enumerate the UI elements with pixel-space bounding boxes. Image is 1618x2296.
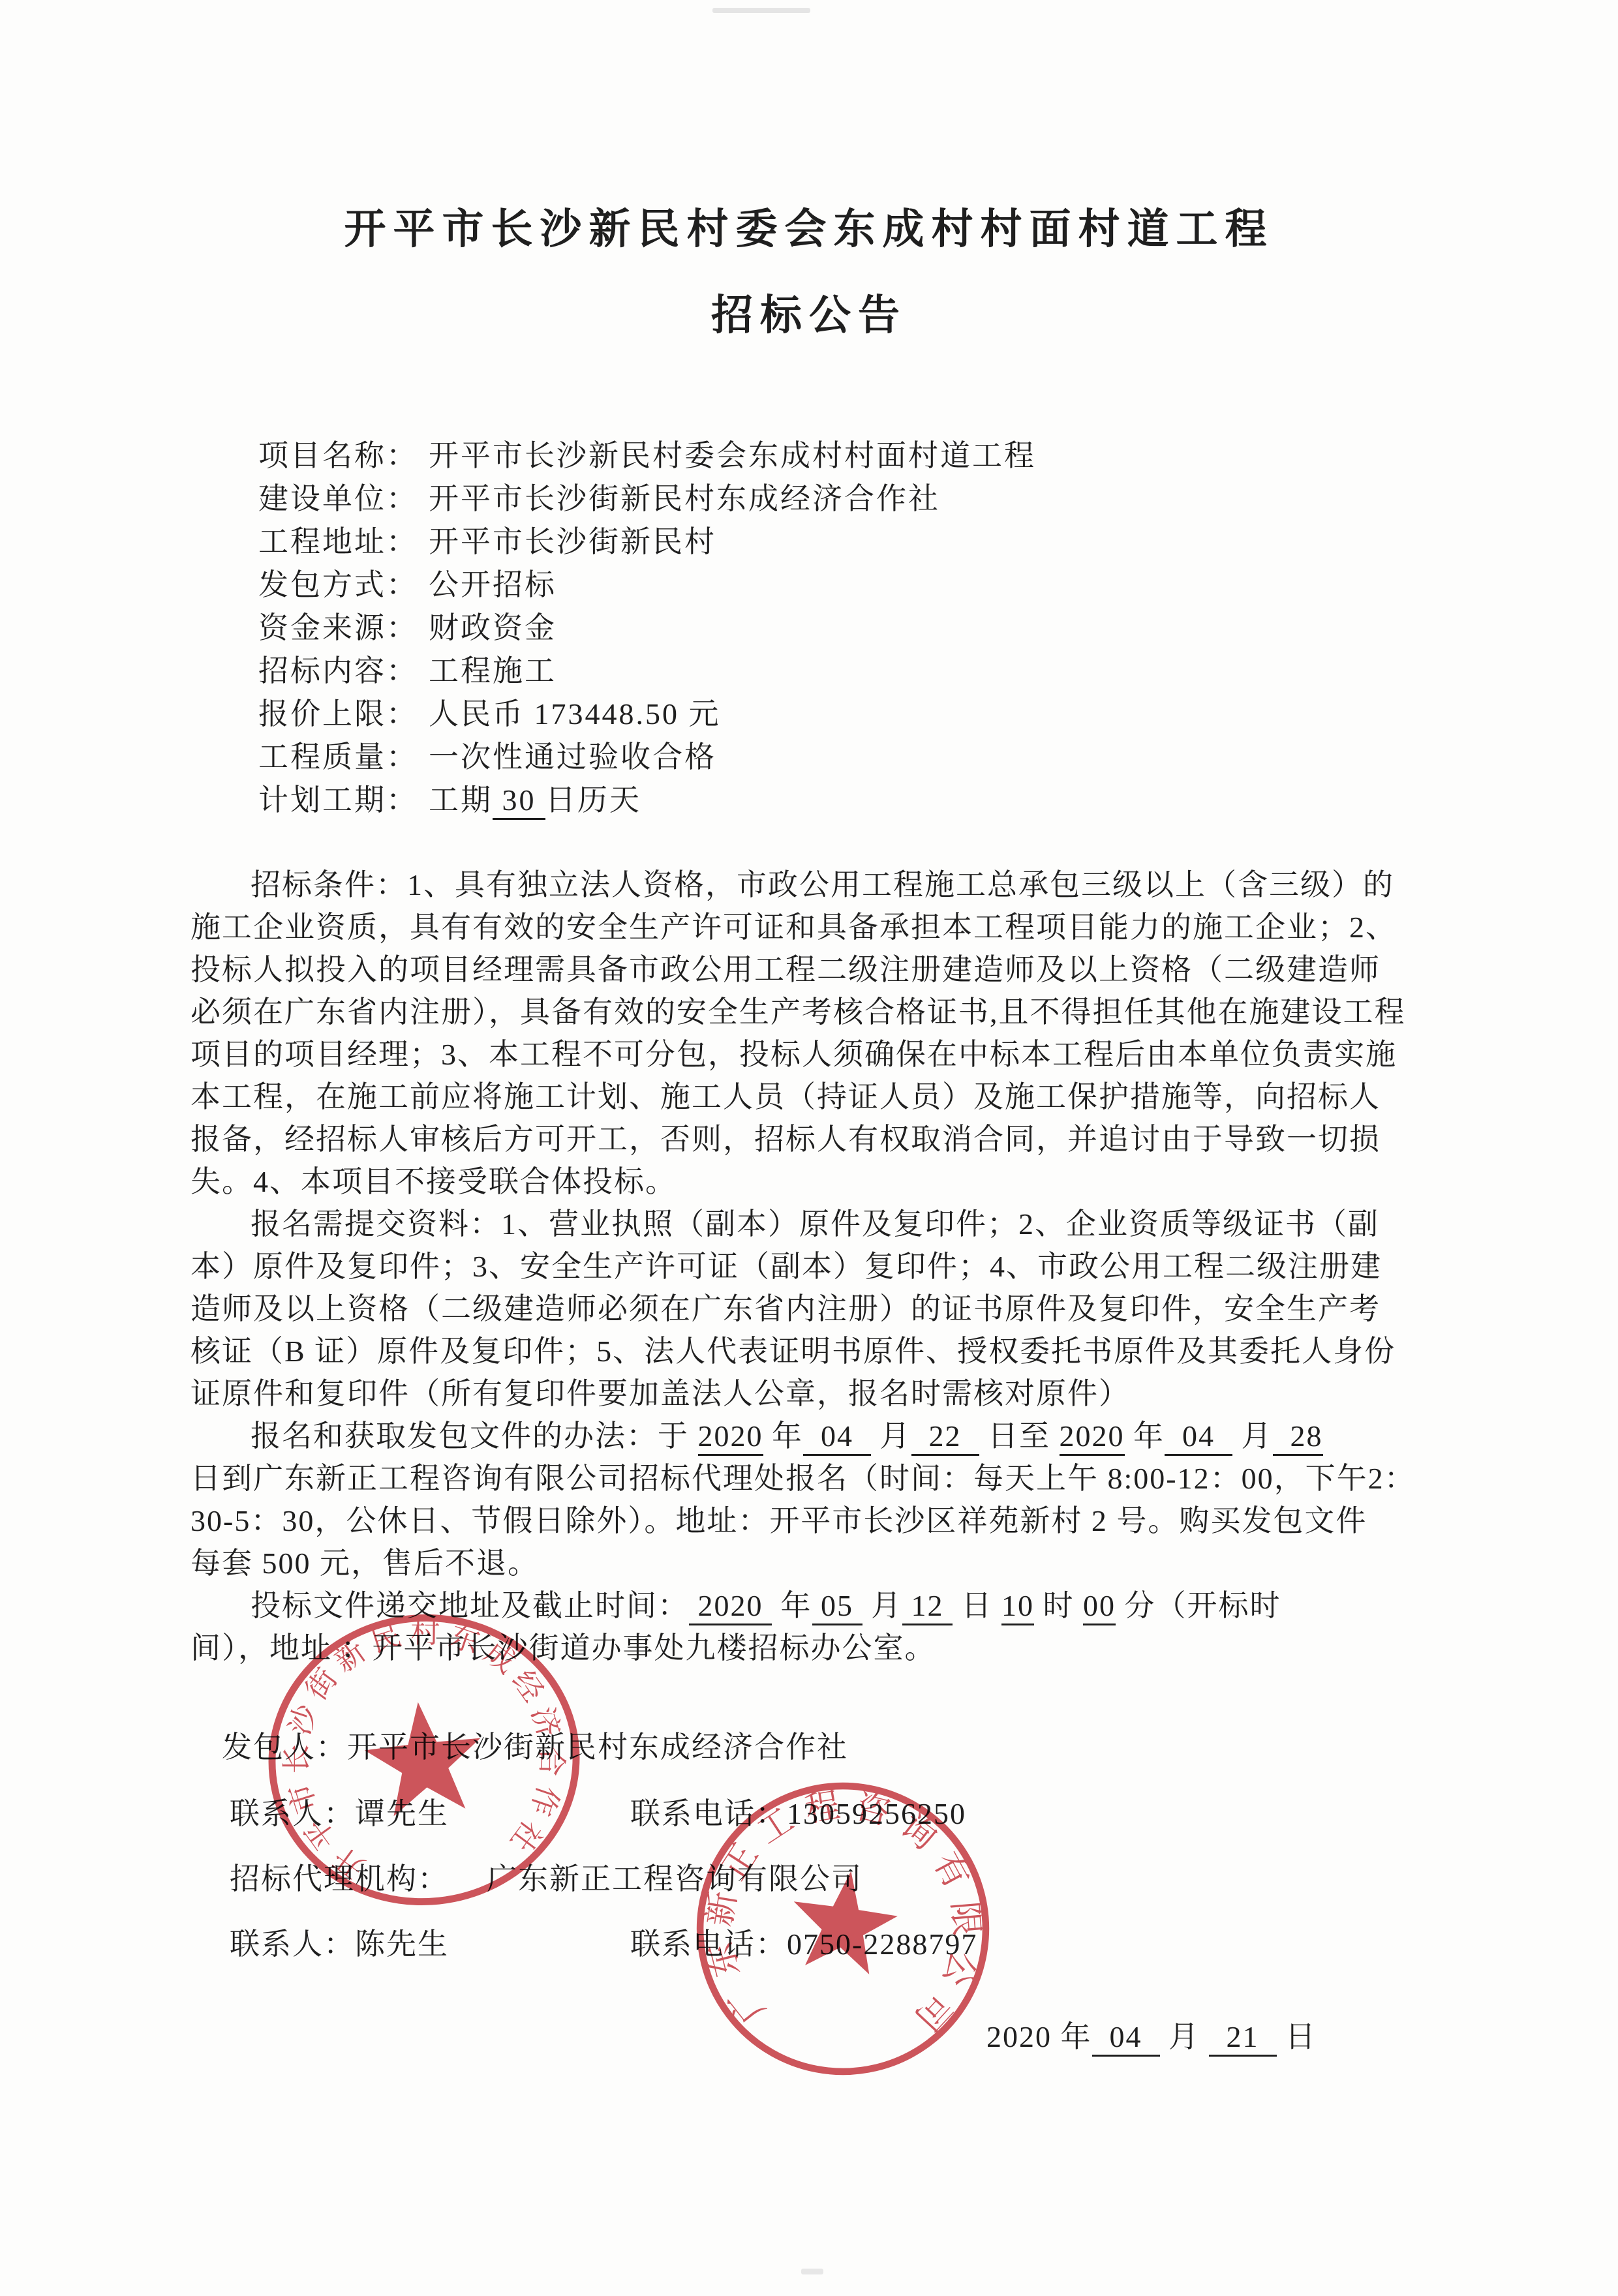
underlined-value: 2020 [689, 1589, 772, 1625]
field-label: 报价上限： [258, 697, 418, 731]
body-text-line: 造师及以上资格（二级建造师必须在广东省内注册）的证书原件及复印件，安全生产考 [191, 1288, 1469, 1330]
body-text-line: 30-5：30，公休日、节假日除外）。地址：开平市长沙区祥苑新村 2 号。购买发… [191, 1500, 1469, 1542]
issue-date-line: 2020 年 04 月 21 日 [986, 2013, 1317, 2056]
text-segment: 报名和获取发包文件的办法：于 [251, 1419, 698, 1453]
text-segment: 日到广东新正工程咨询有限公司招标代理处报名（时间：每天上午 8:00-12：00… [191, 1462, 1416, 1495]
document-page: 开平市长沙新民村委会东成村村面村道工程 招标公告 项目名称：开平市长沙新民村委会… [0, 0, 1618, 2296]
text-segment: 本）原件及复印件；3、安全生产许可证（副本）复印件；4、市政公用工程二级注册建 [191, 1250, 1382, 1283]
project-info-line: 工程质量：一次性通过验收合格 [258, 736, 1036, 779]
body-text-line: 招标条件：1、具有独立法人资格，市政公用工程施工总承包三级以上（含三级）的 [191, 864, 1469, 906]
text-segment: 本工程，在施工前应将施工计划、施工人员（持证人员）及施工保护措施等，向招标人 [191, 1080, 1381, 1113]
text-segment: 工程施工 [429, 654, 557, 687]
project-info-line: 计划工期：工期 30 日历天 [258, 779, 1036, 822]
text-segment: 月 [862, 1589, 903, 1622]
text-segment: 一次性通过验收合格 [429, 740, 716, 774]
text-segment: 公开招标 [429, 568, 557, 601]
underlined-value: 12 [902, 1589, 953, 1625]
field-value: 开平市长沙新民村委会东成村村面村道工程 [429, 439, 1036, 472]
field-label: 项目名称： [258, 439, 418, 472]
text-segment: 日 [953, 1589, 1001, 1622]
text-segment: 年 [772, 1589, 812, 1622]
scan-artifact-top [712, 8, 810, 13]
body-text-line: 本）原件及复印件；3、安全生产许可证（副本）复印件；4、市政公用工程二级注册建 [191, 1245, 1469, 1288]
text-segment: 财政资金 [429, 611, 557, 644]
underlined-value: 00 [1083, 1589, 1116, 1625]
field-label: 计划工期： [258, 783, 418, 817]
body-text-line: 日到广东新正工程咨询有限公司招标代理处报名（时间：每天上午 8:00-12：00… [191, 1457, 1469, 1500]
text-segment: 月 [1160, 2020, 1209, 2053]
text-segment: 必须在广东省内注册），具备有效的安全生产考核合格证书,且不得担任其他在施建设工程 [191, 995, 1406, 1029]
text-segment: 开平市长沙街新民村东成经济合作社 [429, 482, 940, 515]
star-icon [360, 1696, 487, 1819]
body-text-line: 项目的项目经理；3、本工程不可分包，投标人须确保在中标本工程后由本单位负责实施 [191, 1033, 1469, 1076]
text-segment: 日 [1277, 2020, 1317, 2053]
body-text-line: 失。4、本项目不接受联合体投标。 [191, 1160, 1469, 1203]
text-segment: 施工企业资质，具有有效的安全生产许可证和具备承担本工程项目能力的施工企业；2、 [191, 911, 1397, 944]
scan-artifact-bottom [801, 2269, 823, 2274]
text-segment: 日至 [979, 1419, 1060, 1453]
body-paragraphs: 招标条件：1、具有独立法人资格，市政公用工程施工总承包三级以上（含三级）的施工企… [191, 864, 1469, 1669]
text-segment: 人民币 173448.50 元 [429, 697, 721, 731]
field-label: 建设单位： [258, 482, 418, 515]
issuer-seal-stamp: 开平市长沙街新民村东成经济合作社 [263, 1608, 585, 1912]
body-text-line: 报备，经招标人审核后方可开工，否则，招标人有权取消合同，并追讨由于导致一切损 [191, 1118, 1469, 1160]
text-segment: 报备，经招标人审核后方可开工，否则，招标人有权取消合同，并追讨由于导致一切损 [191, 1123, 1381, 1156]
field-label: 工程质量： [258, 740, 418, 774]
text-segment: 分（开标时 [1116, 1589, 1281, 1622]
contact2-label: 联系人： [230, 1927, 355, 1961]
underlined-value: 30 [493, 783, 545, 820]
project-info-line: 工程地址：开平市长沙街新民村 [258, 521, 1036, 564]
underlined-value: 04 [803, 1419, 871, 1456]
body-text-line: 核证（B 证）原件及复印件；5、法人代表证明书原件、授权委托书原件及其委托人身份 [191, 1330, 1469, 1372]
field-value: 开平市长沙街新民村 [429, 525, 716, 558]
text-segment: 证原件和复印件（所有复印件要加盖法人公章，报名时需核对原件） [191, 1377, 1130, 1410]
contact2-value: 陈先生 [355, 1927, 449, 1961]
project-info-line: 发包方式：公开招标 [258, 564, 1036, 607]
project-info-line: 项目名称：开平市长沙新民村委会东成村村面村道工程 [258, 434, 1036, 477]
field-value: 工期 30 日历天 [429, 783, 641, 820]
body-text-line: 每套 500 元，售后不退。 [191, 1542, 1469, 1584]
star-icon [786, 1864, 903, 1977]
text-segment: 项目的项目经理；3、本工程不可分包，投标人须确保在中标本工程后由本单位负责实施 [191, 1038, 1397, 1071]
underlined-value: 2020 [1060, 1419, 1125, 1456]
text-segment: 30-5：30，公休日、节假日除外）。地址：开平市长沙区祥苑新村 2 号。购买发… [191, 1504, 1367, 1537]
field-value: 工程施工 [429, 654, 557, 687]
body-text-line: 施工企业资质，具有有效的安全生产许可证和具备承担本工程项目能力的施工企业；2、 [191, 906, 1469, 948]
project-info-list: 项目名称：开平市长沙新民村委会东成村村面村道工程建设单位：开平市长沙街新民村东成… [258, 434, 1036, 822]
body-text-line: 本工程，在施工前应将施工计划、施工人员（持证人员）及施工保护措施等，向招标人 [191, 1076, 1469, 1118]
body-text-line: 投标人拟投入的项目经理需具备市政公用工程二级注册建造师及以上资格（二级建造师 [191, 948, 1469, 991]
underlined-value: 05 [812, 1589, 862, 1625]
field-label: 资金来源： [258, 611, 418, 644]
body-text-line: 报名需提交资料：1、营业执照（副本）原件及复印件；2、企业资质等级证书（副 [191, 1203, 1469, 1245]
text-segment: 时 [1034, 1589, 1083, 1622]
text-segment: 招标条件：1、具有独立法人资格，市政公用工程施工总承包三级以上（含三级）的 [251, 868, 1394, 901]
text-segment: 造师及以上资格（二级建造师必须在广东省内注册）的证书原件及复印件，安全生产考 [191, 1292, 1381, 1325]
underlined-value: 21 [1209, 2020, 1277, 2057]
document-title-line1: 开平市长沙新民村委会东成村村面村道工程 [0, 196, 1618, 256]
field-value: 公开招标 [429, 568, 557, 601]
project-info-line: 招标内容：工程施工 [258, 650, 1036, 693]
text-segment: 核证（B 证）原件及复印件；5、法人代表证明书原件、授权委托书原件及其委托人身份 [191, 1335, 1396, 1368]
agency-seal-stamp: 广东新正工程咨询有限公司 [686, 1778, 1000, 2079]
text-segment: 年 [1125, 1419, 1165, 1453]
text-segment: 每套 500 元，售后不退。 [191, 1547, 539, 1580]
field-label: 工程地址： [258, 525, 418, 558]
contact2-line: 联系人：陈先生 [230, 1920, 449, 1963]
body-text-line: 报名和获取发包文件的办法：于 2020 年 04 月 22 日至 2020 年 … [191, 1415, 1469, 1457]
body-text-line: 必须在广东省内注册），具备有效的安全生产考核合格证书,且不得担任其他在施建设工程 [191, 991, 1469, 1033]
field-value: 人民币 173448.50 元 [429, 697, 721, 731]
text-segment: 工期 [429, 783, 493, 817]
text-segment: 失。4、本项目不接受联合体投标。 [191, 1165, 677, 1198]
underlined-value: 2020 [698, 1419, 763, 1456]
text-segment: 2020 年 [986, 2020, 1092, 2053]
project-info-line: 报价上限：人民币 173448.50 元 [258, 693, 1036, 736]
text-segment: 日历天 [545, 783, 641, 817]
body-text-line: 证原件和复印件（所有复印件要加盖法人公章，报名时需核对原件） [191, 1372, 1469, 1415]
text-segment: 投标人拟投入的项目经理需具备市政公用工程二级注册建造师及以上资格（二级建造师 [191, 953, 1381, 986]
text-segment: 开平市长沙新民村委会东成村村面村道工程 [429, 439, 1036, 472]
field-value: 财政资金 [429, 611, 557, 644]
text-segment: 月 [871, 1419, 911, 1453]
field-value: 开平市长沙街新民村东成经济合作社 [429, 482, 940, 515]
field-value: 一次性通过验收合格 [429, 740, 716, 774]
underlined-value: 10 [1001, 1589, 1034, 1625]
text-segment: 开平市长沙街新民村 [429, 525, 716, 558]
project-info-line: 资金来源：财政资金 [258, 607, 1036, 650]
underlined-value: 28 [1273, 1419, 1323, 1456]
text-segment: 月 [1232, 1419, 1273, 1453]
document-title-line2: 招标公告 [0, 282, 1618, 342]
text-segment: 报名需提交资料：1、营业执照（副本）原件及复印件；2、企业资质等级证书（副 [251, 1207, 1379, 1241]
underlined-value: 04 [1092, 2020, 1160, 2057]
underlined-value: 04 [1165, 1419, 1232, 1456]
field-label: 招标内容： [258, 654, 418, 687]
underlined-value: 22 [911, 1419, 979, 1456]
text-segment: 年 [763, 1419, 804, 1453]
project-info-line: 建设单位：开平市长沙街新民村东成经济合作社 [258, 477, 1036, 521]
field-label: 发包方式： [258, 568, 418, 601]
